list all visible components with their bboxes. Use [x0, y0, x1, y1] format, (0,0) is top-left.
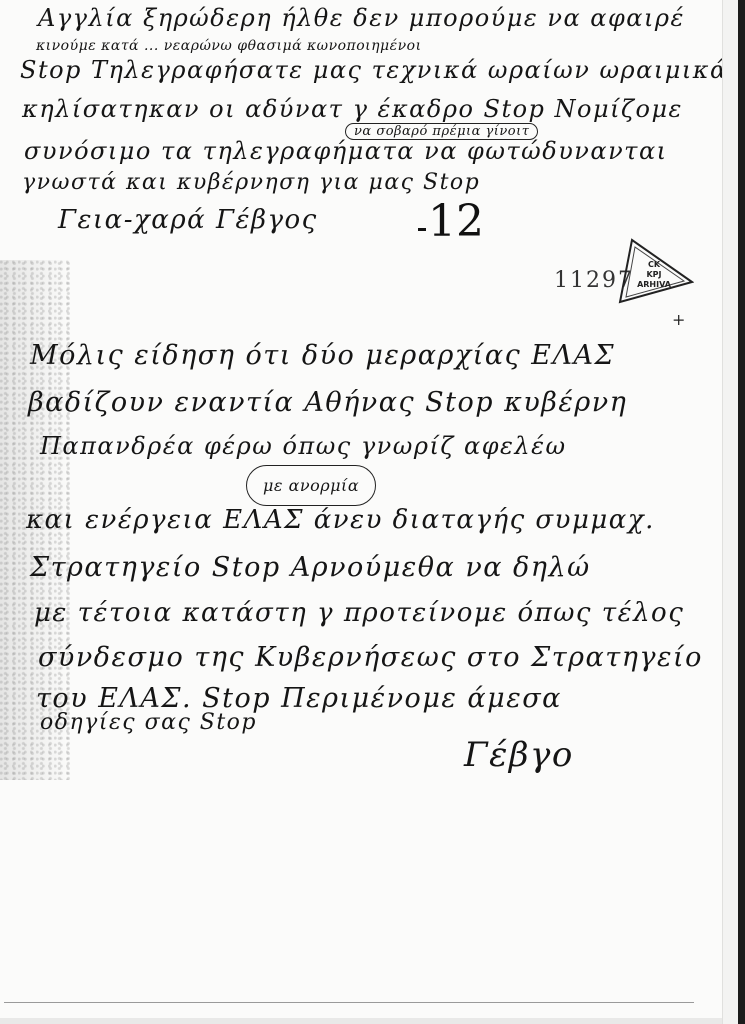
handwritten-line-m5: Στρατηγείο Stop Αρνούμεθα να δηλώ — [30, 552, 591, 583]
page-number: 12 — [428, 196, 484, 247]
handwritten-line-1: Αγγλία ξηρώδερη ήλθε δεν μπορούμε να αφα… — [38, 4, 685, 32]
handwritten-line-m3: Παπανδρέα φέρω όπως γνωρίζ αφελέω — [40, 432, 567, 460]
handwritten-line-4: συνόσιμο τα τηλεγραφήματα να φωτώδυναντα… — [24, 137, 668, 165]
handwritten-line-1b: κινούμε κατά ... νεαρώνω φθασιμά κωνοποι… — [36, 38, 422, 54]
closing-signature-1: Γεια-χαρά Γέβγος — [58, 205, 318, 235]
handwritten-line-m4: και ενέργεια ΕΛΑΣ άνευ διαταγής συμμαχ. — [26, 505, 655, 535]
paper-bottom-edge — [0, 1018, 722, 1024]
handwritten-line-2: Stop Τηλεγραφήσατε μας τεχνικά ωραίων ωρ… — [20, 56, 728, 84]
scanner-right-margin — [722, 0, 739, 1024]
scanned-page: Αγγλία ξηρώδερη ήλθε δεν μπορούμε να αφα… — [0, 0, 722, 1024]
handwritten-line-m2: βαδίζουν εναντία Αθήνας Stop κυβέρνη — [28, 387, 627, 418]
stamp-line-2: KPJ — [634, 270, 674, 279]
handwritten-line-m1: Μόλις είδηση ότι δύο μεραρχίας ΕΛΑΣ — [30, 340, 615, 371]
archive-stamp: CK KPJ ARHIVA — [618, 238, 694, 308]
handwritten-line-m7: σύνδεσμο της Κυβερνήσεως στο Στρατηγείο — [38, 642, 703, 673]
margin-mark: + — [672, 310, 685, 329]
page-number-dash — [418, 228, 426, 231]
stamp-line-3: ARHIVA — [634, 280, 674, 289]
handwritten-line-3: κηλίσατηκαν οι αδύνατ γ έκαδρο Stop Νομί… — [22, 95, 683, 123]
signature: Γέβγο — [464, 735, 574, 775]
handwritten-line-m6: με τέτοια κατάστη γ προτείνομε όπως τέλο… — [34, 598, 684, 628]
inserted-note-2: με ανορμία — [246, 465, 376, 506]
stamp-line-1: CK — [634, 260, 674, 269]
handwritten-line-m9: οδηγίες σας Stop — [40, 710, 257, 735]
scanner-border — [738, 0, 745, 1024]
scan-fold-line — [4, 1002, 694, 1003]
handwritten-line-5: γνωστά και κυβέρνηση για μας Stop — [22, 170, 480, 195]
